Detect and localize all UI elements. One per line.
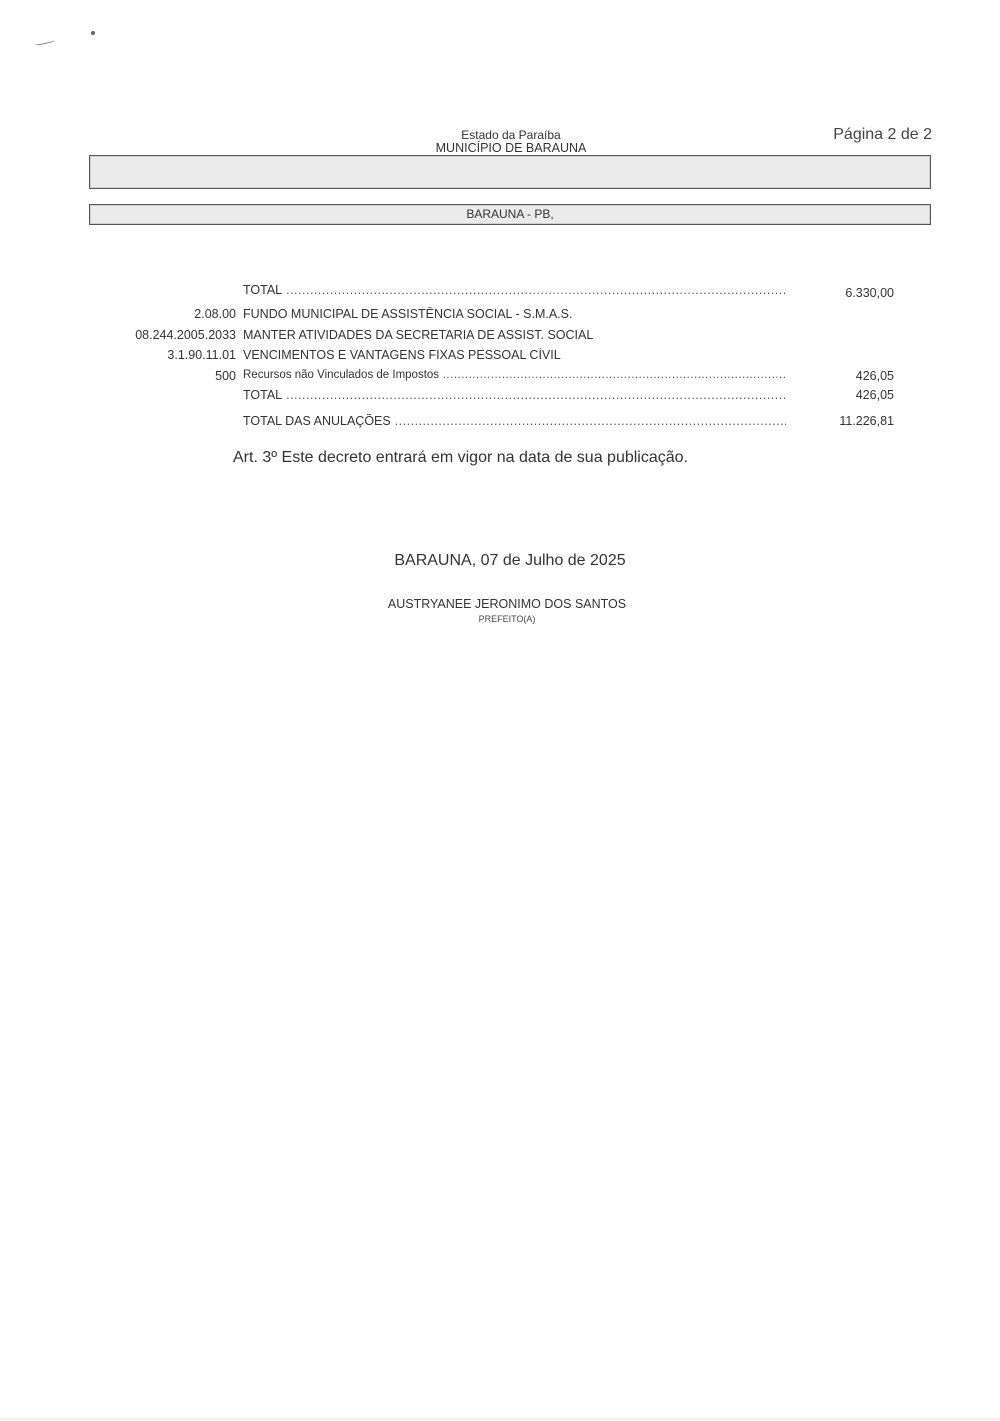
signer-name: AUSTRYANEE JERONIMO DOS SANTOS [0,597,1000,611]
page-bottom-edge [0,1418,1000,1420]
entry-code: 3.1.90.11.01 [167,348,236,362]
entry-description: TOTAL [243,388,786,402]
scan-artifact-dot [91,31,95,35]
entry-amount: 6.330,00 [845,286,894,300]
entry-description: TOTAL DAS ANULAÇÕES [243,414,786,428]
table-row: 500Recursos não Vinculados de Impostos42… [0,369,1000,385]
table-row: 08.244.2005.2033MANTER ATIVIDADES DA SEC… [0,328,1000,344]
scan-artifact-mark [35,38,55,46]
table-row: TOTAL DAS ANULAÇÕES11.226,81 [0,414,1000,430]
header-blank-box [89,155,931,189]
table-row: 3.1.90.11.01VENCIMENTOS E VANTAGENS FIXA… [0,348,1000,364]
entry-description: MANTER ATIVIDADES DA SECRETARIA DE ASSIS… [243,328,786,342]
table-row: TOTAL6.330,00 [0,283,1000,299]
entry-amount: 426,05 [856,388,894,402]
entry-code: 500 [215,369,236,383]
table-row: 2.08.00FUNDO MUNICIPAL DE ASSISTÊNCIA SO… [0,307,1000,323]
entry-amount: 426,05 [856,369,894,383]
location-bar: BARAUNA - PB, [89,204,931,225]
entry-code: 2.08.00 [194,307,236,321]
entry-description: FUNDO MUNICIPAL DE ASSISTÊNCIA SOCIAL - … [243,307,786,321]
entry-description: TOTAL [243,283,786,297]
page-number: Página 2 de 2 [833,126,932,144]
entry-description: Recursos não Vinculados de Impostos [243,369,786,381]
place-and-date: BARAUNA, 07 de Julho de 2025 [0,552,1000,570]
table-row: TOTAL426,05 [0,388,1000,404]
entry-amount: 11.226,81 [839,414,894,428]
article-3-text: Art. 3º Este decreto entrará em vigor na… [233,449,688,467]
entry-code: 08.244.2005.2033 [135,328,236,342]
entry-description: VENCIMENTOS E VANTAGENS FIXAS PESSOAL CÍ… [243,348,786,362]
signer-role: PREFEITO(A) [0,614,1000,624]
